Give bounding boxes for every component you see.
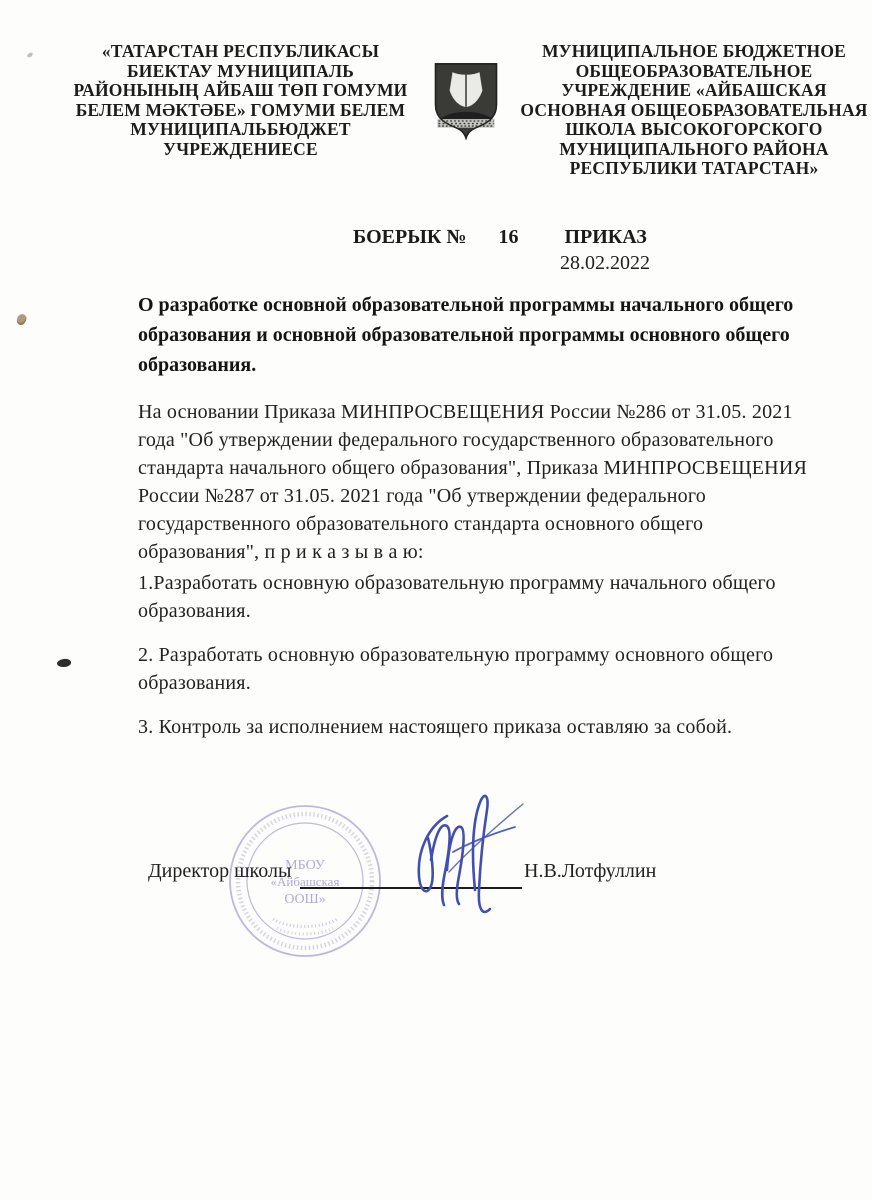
item-line: 2. Разработать основную образовательную … (138, 641, 850, 669)
item-line: 3. Контроль за исполнением настоящего пр… (138, 713, 850, 741)
handwritten-signature (393, 788, 538, 928)
order-heading: БОЕРЫК № 16 ПРИКАЗ (353, 226, 647, 249)
org-name-line: ОБЩЕОБРАЗОВАТЕЛЬНОЕ (518, 62, 870, 82)
subject-line: образования и основной образовательной п… (138, 320, 850, 350)
org-name-line: МУНИЦИПАЛЬНОЕ БЮДЖЕТНОЕ (518, 42, 870, 62)
coat-of-arms-emblem-icon (429, 61, 503, 141)
document-page: «ТАТАРСТАН РЕСПУБЛИКАСЫ БИЕКТАУ МУНИЦИПА… (0, 0, 872, 1200)
order-number: 16 (498, 226, 518, 248)
org-name-line: ШКОЛА ВЫСОКОГОРСКОГО (518, 120, 870, 140)
org-name-line: РЕСПУБЛИКИ ТАТАРСТАН» (518, 159, 870, 179)
scan-artifact (15, 313, 27, 326)
order-item-3: 3. Контроль за исполнением настоящего пр… (138, 713, 850, 741)
signature-role-label: Директор школы (148, 860, 291, 883)
preamble-line: На основании Приказа МИНПРОСВЕЩЕНИЯ Росс… (138, 398, 850, 426)
stamp-text-line: ООШ» (284, 892, 325, 907)
org-name-russian: МУНИЦИПАЛЬНОЕ БЮДЖЕТНОЕ ОБЩЕОБРАЗОВАТЕЛЬ… (518, 42, 870, 179)
preamble-line: стандарта начального общего образования"… (138, 454, 850, 482)
org-name-line: УЧРЕЖДЕНИЕ «АЙБАШСКАЯ (518, 81, 870, 101)
item-line: образования. (138, 669, 850, 697)
org-name-tatar: «ТАТАРСТАН РЕСПУБЛИКАСЫ БИЕКТАУ МУНИЦИПА… (68, 42, 413, 159)
order-subject: О разработке основной образовательной пр… (138, 290, 850, 380)
order-item-2: 2. Разработать основную образовательную … (138, 641, 850, 697)
org-name-line: «ТАТАРСТАН РЕСПУБЛИКАСЫ (68, 42, 413, 62)
order-label-russian: ПРИКАЗ (564, 226, 646, 248)
org-name-line: УЧРЕЖДЕНИЕСЕ (68, 140, 413, 160)
scan-artifact (26, 52, 33, 59)
scan-artifact (57, 658, 72, 668)
org-name-line: РАЙОНЫНЫҢ АЙБАШ ТӨП ГОМУМИ (68, 81, 413, 101)
order-preamble: На основании Приказа МИНПРОСВЕЩЕНИЯ Росс… (138, 398, 850, 566)
org-name-line: БИЕКТАУ МУНИЦИПАЛЬ (68, 62, 413, 82)
org-name-line: БЕЛЕМ МӘКТӘБЕ» ГОМУМИ БЕЛЕМ (68, 101, 413, 121)
preamble-line: государственного образовательного станда… (138, 510, 850, 538)
order-items: 1.Разработать основную образовательную п… (138, 569, 850, 757)
subject-line: О разработке основной образовательной пр… (138, 290, 850, 320)
org-name-line: МУНИЦИПАЛЬБЮДЖЕТ (68, 120, 413, 140)
order-item-1: 1.Разработать основную образовательную п… (138, 569, 850, 625)
preamble-line: образования", п р и к а з ы в а ю: (138, 538, 850, 566)
org-name-line: МУНИЦИПАЛЬНОГО РАЙОНА (518, 140, 870, 160)
preamble-line: года "Об утверждении федерального госуда… (138, 426, 850, 454)
item-line: образования. (138, 597, 850, 625)
item-line: 1.Разработать основную образовательную п… (138, 569, 850, 597)
order-date: 28.02.2022 (560, 252, 650, 275)
order-label-tatar: БОЕРЫК № (353, 226, 466, 248)
signatory-name: Н.В.Лотфуллин (524, 860, 656, 883)
subject-line: образования. (138, 350, 850, 380)
preamble-line: России №287 от 31.05. 2021 года "Об утве… (138, 482, 850, 510)
org-name-line: ОСНОВНАЯ ОБЩЕОБРАЗОВАТЕЛЬНАЯ (518, 101, 870, 121)
